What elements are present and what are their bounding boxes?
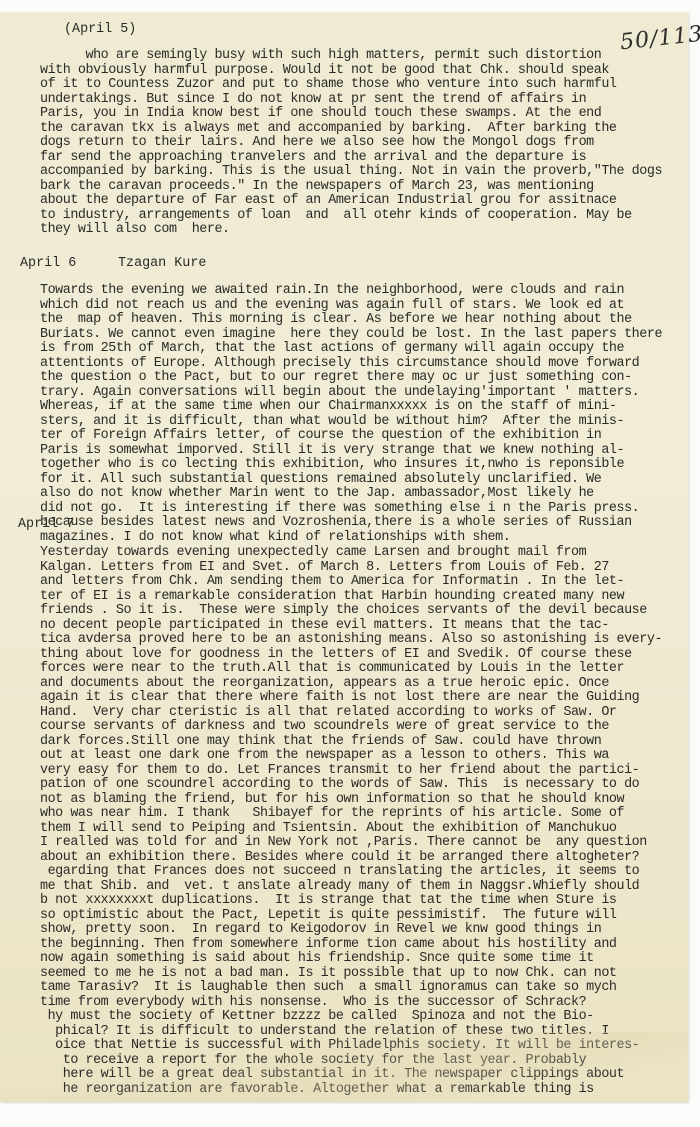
text-line: bark the caravan proceeds." In the newsp… [40, 180, 700, 195]
text-line: Buriats. We cannot even imagine here the… [40, 328, 700, 343]
text-line: the beginning. Then from somewhere infor… [40, 938, 700, 953]
text-line: here will be a great deal substantial in… [40, 1068, 700, 1083]
text-line: about an exhibition there. Besides where… [40, 851, 700, 866]
text-line: I realled was told for and in New York n… [40, 836, 700, 851]
entry-date-heading: April 7 [18, 517, 74, 532]
text-line: who was near him. I thank Shibayef for t… [40, 807, 700, 822]
text-line: accompanied by barking. This is the usua… [40, 165, 700, 180]
text-line: course servants of darkness and two scou… [40, 720, 700, 735]
text-line: far send the approaching tranvelers and … [40, 151, 700, 166]
text-line: for it. All such substantial questions r… [40, 473, 700, 488]
entry-body: Yesterday towards evening unexpectedly c… [40, 546, 700, 1097]
text-line: which did not reach us and the evening w… [40, 299, 700, 314]
text-line: Whereas, if at the same time when our Ch… [40, 400, 700, 415]
text-line: with obviously harmful purpose. Would it… [40, 64, 700, 79]
text-line: phical? It is difficult to understand th… [40, 1025, 700, 1040]
text-line: again it is clear that there where faith… [40, 691, 700, 706]
text-line: Towards the evening we awaited rain.In t… [40, 284, 700, 299]
text-line: hy must the society of Kettner bzzzz be … [40, 1010, 700, 1025]
text-line: oice that Nettie is successful with Phil… [40, 1039, 700, 1054]
text-line: ter of EI is a remarkable consideration … [40, 590, 700, 605]
text-line: about the departure of Far east of an Am… [40, 194, 700, 209]
text-line: egarding that Frances does not succeed n… [40, 865, 700, 880]
text-line: out at least one dark one from the newsp… [40, 749, 700, 764]
text-line: dogs return to their lairs. And here we … [40, 136, 700, 151]
text-line: tica avdersa proved here to be an astoni… [40, 633, 700, 648]
text-line: tame Tarasiv? It is laughable then such … [40, 981, 700, 996]
text-line: me that Shib. and vet. t anslate already… [40, 880, 700, 895]
continued-date-heading: (April 5) [64, 22, 136, 37]
text-line: Hand. Very char cteristic is all that re… [40, 706, 700, 721]
text-line: and documents about the reorganization, … [40, 677, 700, 692]
text-line: dark forces.Still one may think that the… [40, 735, 700, 750]
text-line: Paris is somewhat imporved. Still it is … [40, 444, 700, 459]
text-line: did not go. It is interesting if there w… [40, 502, 700, 517]
text-line: the question o the Pact, but to our regr… [40, 371, 700, 386]
text-line: thing about love for goodness in the let… [40, 648, 700, 663]
text-line: they will also com here. [40, 223, 700, 238]
text-line: seemed to me he is not a bad man. Is it … [40, 967, 700, 982]
text-line: very easy for them to do. Let Frances tr… [40, 764, 700, 779]
text-line: no decent people participated in these e… [40, 619, 700, 634]
typewritten-page: (April 5) 50/113 who are semingly busy w… [0, 12, 688, 1102]
text-line: pation of one scoundrel according to the… [40, 778, 700, 793]
text-line: them I will send to Peiping and Tsientsi… [40, 822, 700, 837]
entry-body: Towards the evening we awaited rain.In t… [40, 284, 700, 545]
entry-body: who are semingly busy with such high mat… [40, 49, 700, 238]
text-line: now again something is said about his fr… [40, 952, 700, 967]
text-line: trary. Again conversations will begin ab… [40, 386, 700, 401]
text-line: together who is co lecting this exhibiti… [40, 458, 700, 473]
entry-date-heading: April 6 [20, 256, 76, 271]
text-line: Yesterday towards evening unexpectedly c… [40, 546, 700, 561]
text-line: who are semingly busy with such high mat… [40, 49, 700, 64]
text-line: sters, and it is difficult, than what wo… [40, 415, 700, 430]
text-line: he reorganization are favorable. Altoget… [40, 1083, 700, 1098]
text-line: b not xxxxxxxxt duplications. It is stra… [40, 894, 700, 909]
text-line: because besides latest news and Vozroshe… [40, 516, 700, 531]
text-line: of it to Countess Zuzor and put to shame… [40, 78, 700, 93]
text-line: friends . So it is. These were simply th… [40, 604, 700, 619]
text-line: so optimistic about the Pact, Lepetit is… [40, 909, 700, 924]
text-line: show, pretty soon. In regard to Keigodor… [40, 923, 700, 938]
text-line: to industry, arrangements of loan and al… [40, 209, 700, 224]
text-line: not as blaming the friend, but for his o… [40, 793, 700, 808]
text-line: undertakings. But since I do not know at… [40, 93, 700, 108]
text-line: the caravan tkx is always met and accomp… [40, 122, 700, 137]
text-line: and letters from Chk. Am sending them to… [40, 575, 700, 590]
text-line: ter of Foreign Affairs letter, of course… [40, 429, 700, 444]
text-line: Paris, you in India know best if one sho… [40, 107, 700, 122]
text-line: the map of heaven. This morning is clear… [40, 313, 700, 328]
text-line: to receive a report for the whole societ… [40, 1054, 700, 1069]
text-line: forces were near to the truth.All that i… [40, 662, 700, 677]
entry-place-heading: Tzagan Kure [118, 256, 206, 271]
text-line: attentionts of Europe. Although precisel… [40, 357, 700, 372]
text-line: magazines. I do not know what kind of re… [40, 531, 700, 546]
text-line: Kalgan. Letters from EI and Svet. of Mar… [40, 561, 700, 576]
text-line: also do not know whether Marin went to t… [40, 487, 700, 502]
text-line: is from 25th of March, that the last act… [40, 342, 700, 357]
text-line: time from everybody with his nonsense. W… [40, 996, 700, 1011]
